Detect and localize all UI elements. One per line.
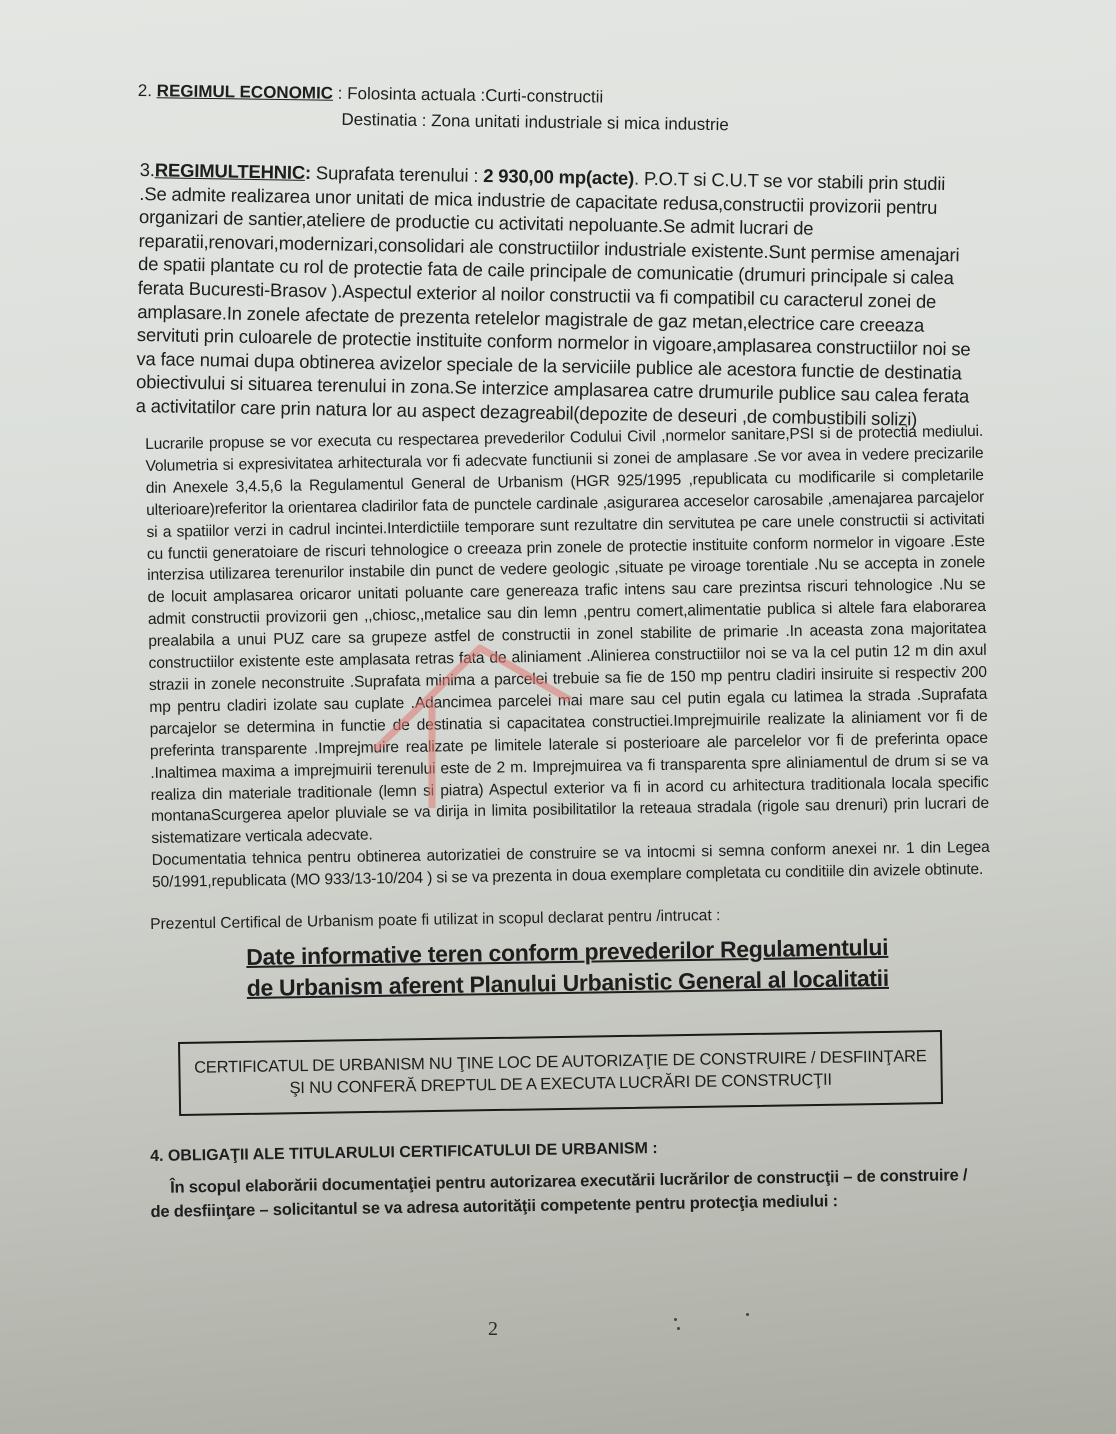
paper-speck bbox=[677, 1327, 680, 1330]
section-regim-economic: 2. REGIMUL ECONOMIC : Folosinta actuala … bbox=[137, 78, 729, 138]
heading-separator: : bbox=[333, 84, 343, 103]
section-heading: REGIMULTEHNIC bbox=[155, 159, 306, 183]
section-number: 3. bbox=[140, 159, 155, 180]
paper-speck bbox=[746, 1313, 749, 1316]
current-use: Folosinta actuala :Curti-constructii bbox=[347, 84, 603, 107]
legal-notice-box: CERTIFICATUL DE URBANISM NU ŢINE LOC DE … bbox=[178, 1030, 943, 1116]
paper-speck bbox=[674, 1318, 677, 1321]
regulations-paragraph: Lucrarile propuse se vor executa cu resp… bbox=[145, 421, 989, 850]
section-obligatii-heading: 4. OBLIGAŢII ALE TITULARULUI CERTIFICATU… bbox=[150, 1140, 658, 1166]
section-number: 2. bbox=[138, 81, 152, 100]
page-number: 2 bbox=[488, 1318, 498, 1341]
usage-purpose: Date informative teren conform prevederi… bbox=[246, 932, 889, 1004]
section-heading: REGIMUL ECONOMIC bbox=[157, 81, 334, 102]
document-page: 2. REGIMUL ECONOMIC : Folosinta actuala … bbox=[0, 0, 1116, 1434]
section-text: . P.O.T si C.U.T se vor stabili prin stu… bbox=[135, 168, 970, 430]
usage-intro: Prezentul Certifical de Urbanism poate f… bbox=[150, 907, 721, 934]
section-regim-tehnic: 3.REGIMULTEHNIC: Suprafata terenului : 2… bbox=[135, 158, 974, 432]
regulations-body: Lucrarile propuse se vor executa cu resp… bbox=[145, 421, 990, 894]
section-obligatii-text: În scopul elaborării documentaţiei pentr… bbox=[150, 1163, 989, 1224]
area-value: 2 930,00 mp(acte) bbox=[483, 165, 634, 189]
area-label: Suprafata terenului : bbox=[311, 162, 484, 186]
